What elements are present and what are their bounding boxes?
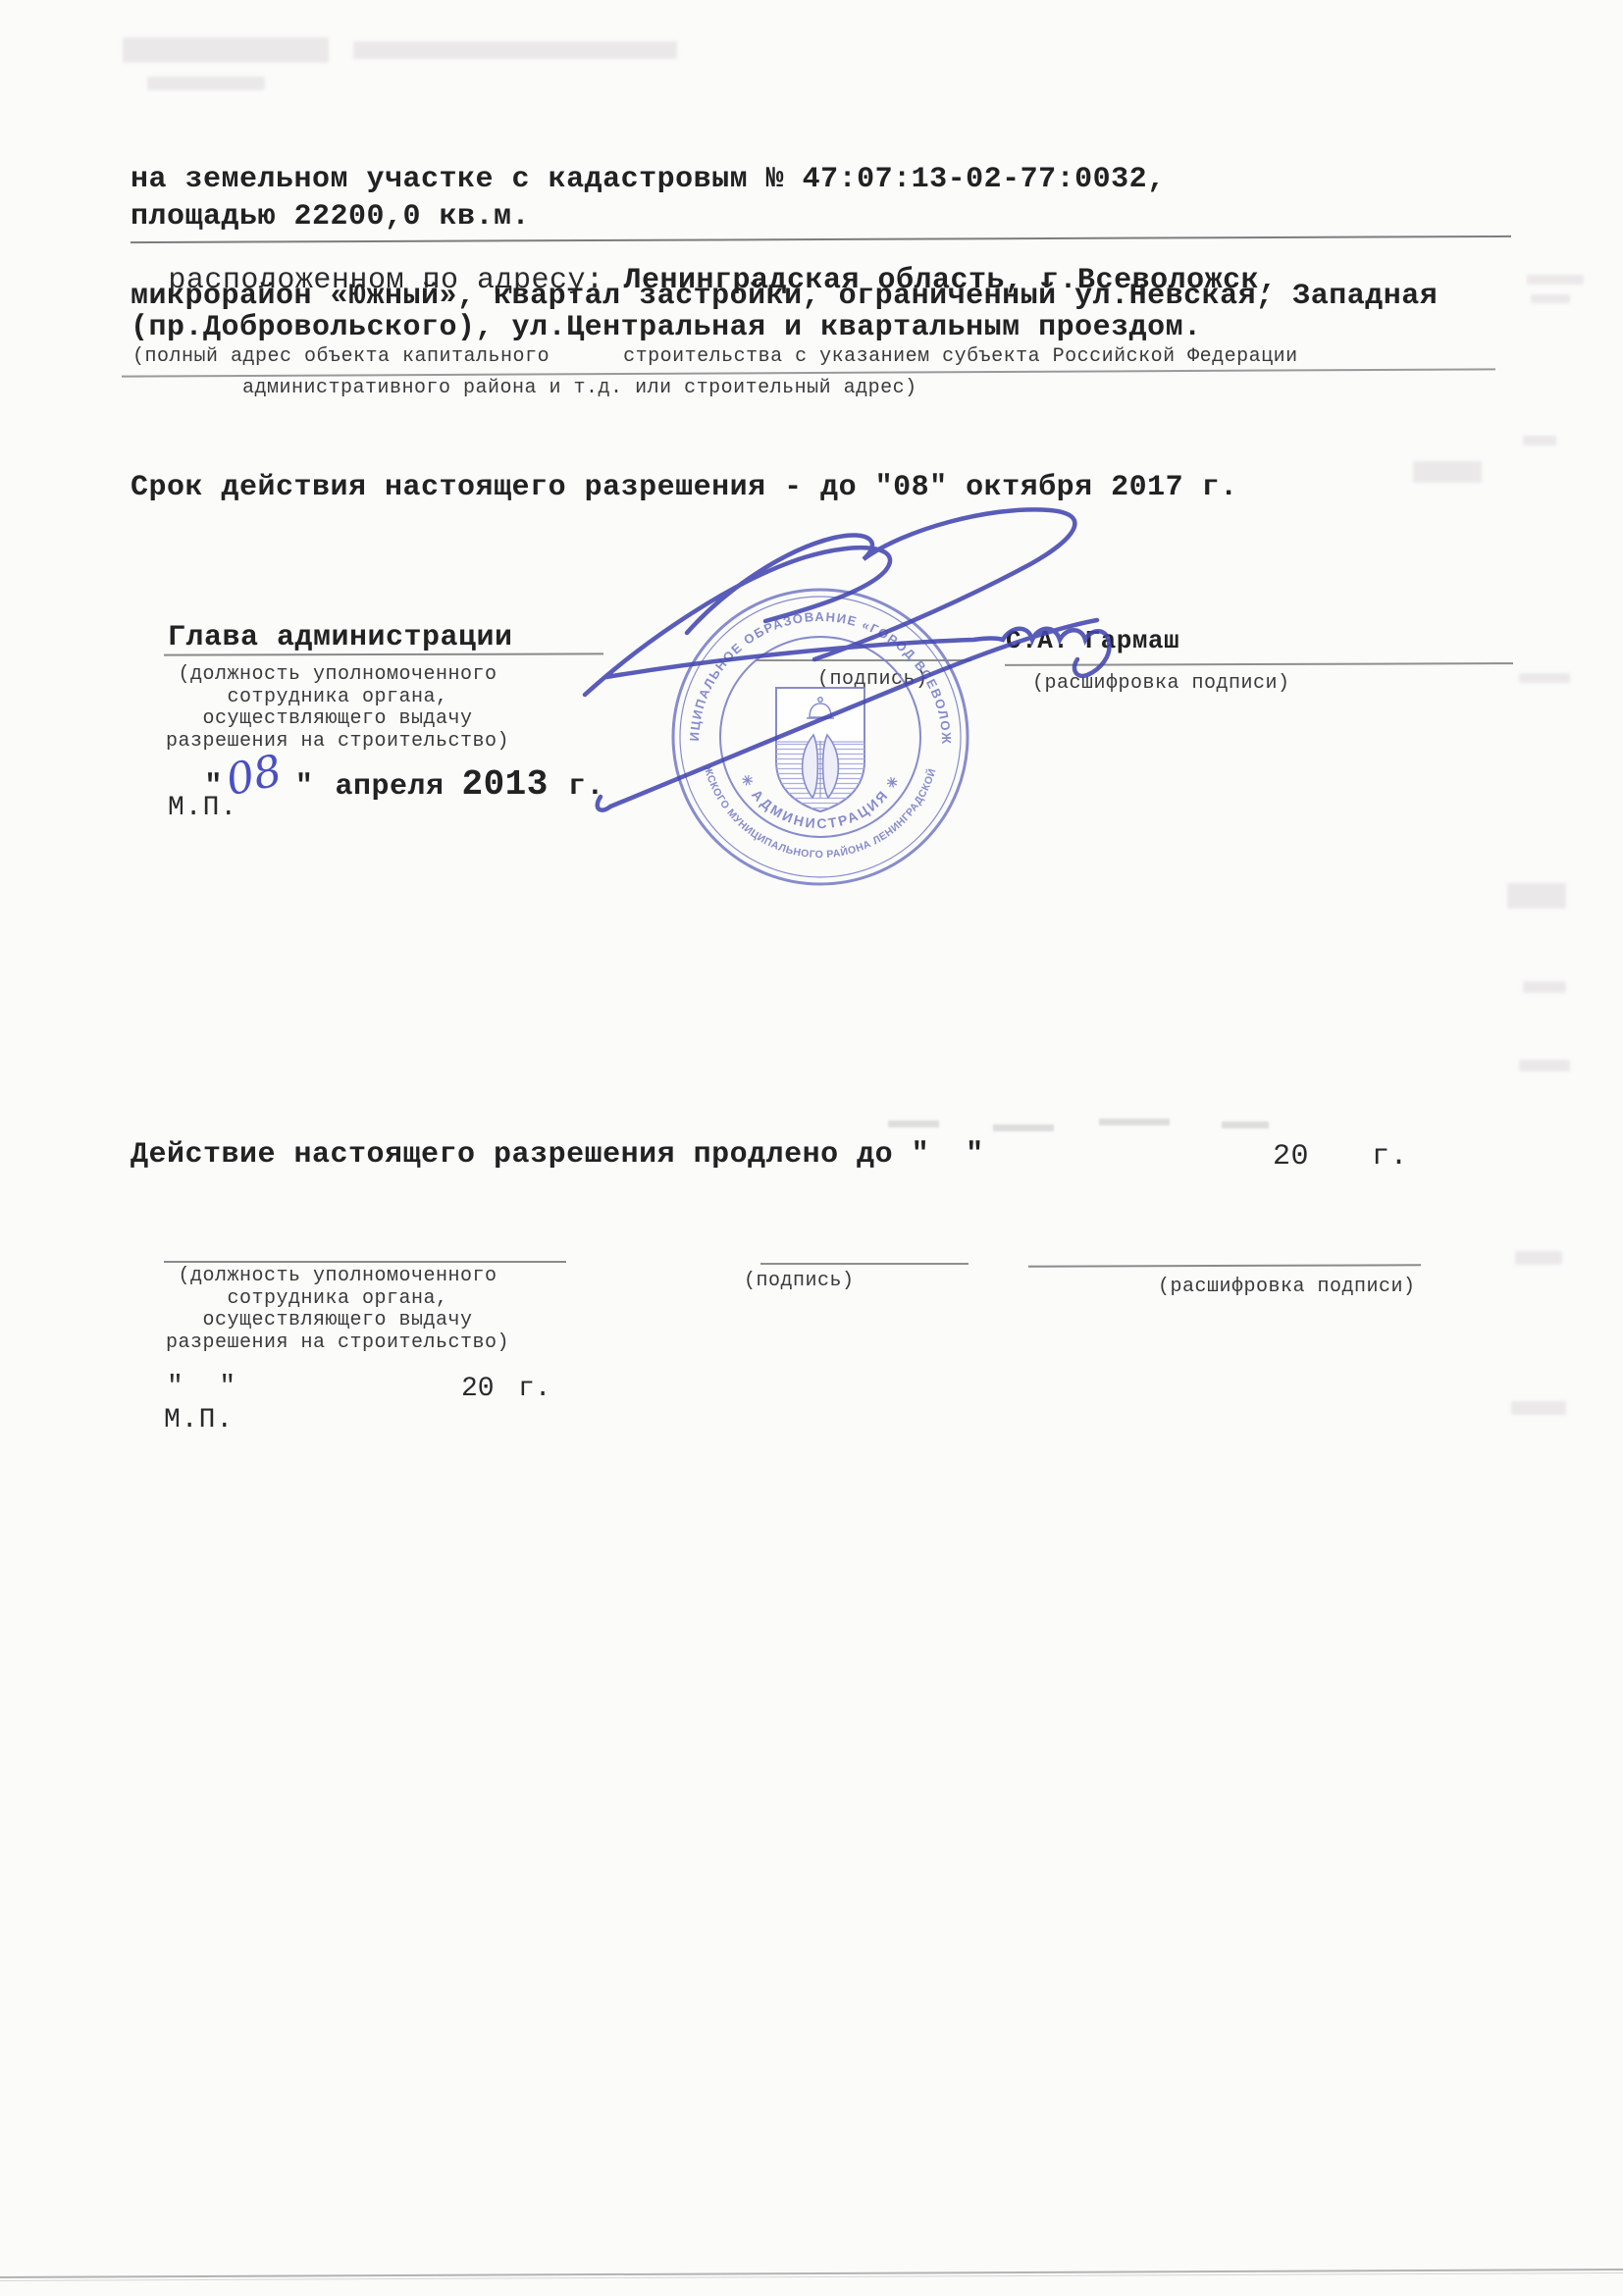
form-rule: [131, 235, 1511, 243]
bleed-through-mark: [1413, 461, 1482, 483]
bleed-through-mark: [1523, 436, 1556, 445]
sign-rule: [756, 659, 971, 661]
stamp-inner-text: ✳ АДМИНИСТРАЦИЯ ✳: [738, 771, 904, 831]
svg-text:✳ АДМИНИСТРАЦИЯ ✳: ✳ АДМИНИСТРАЦИЯ ✳: [738, 771, 904, 831]
scanned-permit-page: на земельном участке с кадастровым № 47:…: [0, 0, 1623, 2296]
position-caption-line: сотрудника органа,: [151, 1288, 524, 1311]
position-rule: [164, 652, 603, 655]
stamp-coat-of-arms: [771, 688, 869, 815]
extension-heading: Действие настоящего разрешения продлено …: [131, 1138, 984, 1172]
validity-line: Срок действия настоящего разрешения - до…: [131, 471, 1238, 504]
stamp-outer-top-text: МУНИЦИПАЛЬНОЕ ОБРАЗОВАНИЕ «ГОРОД ВСЕВОЛО…: [624, 541, 954, 745]
bleed-through-mark: [1515, 1251, 1562, 1265]
bleed-through-mark: [888, 1121, 939, 1127]
seal-place-mark: М.П.: [168, 793, 237, 823]
ext-sign-rule: [760, 1263, 969, 1265]
svg-text:ВСЕВОЛОЖСКОГО МУНИЦИПАЛЬНОГО Р: ВСЕВОЛОЖСКОГО МУНИЦИПАЛЬНОГО РАЙОНА ЛЕНИ…: [624, 541, 939, 861]
ext-date-year-suffix: г.: [518, 1374, 551, 1404]
bleed-through-mark: [1531, 294, 1570, 303]
bleed-through-mark: [1527, 275, 1584, 285]
position-title: Глава администрации: [168, 621, 513, 654]
position-caption-line: осуществляющего выдачу: [151, 1310, 524, 1332]
signatory-name: С.А. Гармаш: [1006, 626, 1179, 655]
ext-sign-caption: (подпись): [744, 1270, 855, 1292]
ext-position-rule: [164, 1261, 566, 1263]
name-rule: [1005, 662, 1513, 665]
extension-year-suffix: г.: [1372, 1140, 1408, 1174]
address-value-2: микрорайон «Южный», квартал застройки, о…: [131, 280, 1438, 313]
land-plot-line-2: площадью 22200,0 кв.м.: [131, 200, 530, 234]
position-caption-line: сотрудника органа,: [151, 687, 524, 709]
bleed-through-mark: [1222, 1122, 1269, 1128]
bleed-through-mark: [1507, 883, 1566, 909]
bleed-through-mark: [993, 1124, 1054, 1131]
bleed-through-mark: [1519, 673, 1570, 683]
bleed-through-mark: [1099, 1119, 1170, 1125]
position-caption-line: (должность уполномоченного: [151, 1266, 524, 1288]
ext-date-quotes: " ": [167, 1372, 236, 1402]
ext-position-caption-block: (должность уполномоченного сотрудника ор…: [151, 1266, 524, 1354]
ext-name-rule: [1028, 1264, 1421, 1267]
bleed-through-mark: [1523, 981, 1566, 993]
date-close-quote: ": [295, 770, 314, 804]
bleed-through-mark: [1511, 1401, 1566, 1415]
position-caption-block: (должность уполномоченного сотрудника ор…: [151, 664, 524, 753]
address-caption-1: (полный адрес объекта капитального строи…: [132, 345, 1298, 368]
bleed-through-mark: [147, 77, 265, 90]
date-month: апреля: [335, 770, 444, 804]
stamp-outer-bottom-text: ВСЕВОЛОЖСКОГО МУНИЦИПАЛЬНОГО РАЙОНА ЛЕНИ…: [624, 541, 939, 861]
ext-name-caption: (расшифровка подписи): [1158, 1276, 1416, 1298]
position-caption-line: разрешения на строительство): [151, 1332, 524, 1355]
position-caption-line: (должность уполномоченного: [151, 664, 524, 687]
position-caption-line: осуществляющего выдачу: [151, 708, 524, 731]
handwritten-day: 08: [224, 757, 284, 797]
extension-year-prefix: 20: [1273, 1140, 1309, 1174]
svg-text:МУНИЦИПАЛЬНОЕ ОБРАЗОВАНИЕ «ГОР: МУНИЦИПАЛЬНОЕ ОБРАЗОВАНИЕ «ГОРОД ВСЕВОЛО…: [624, 541, 954, 745]
ext-seal-place-mark: М.П.: [164, 1405, 234, 1435]
bleed-through-mark: [123, 37, 329, 63]
address-value-3: (пр.Добровольского), ул.Центральная и кв…: [131, 311, 1202, 344]
ext-date-year-prefix: 20: [461, 1374, 495, 1404]
sign-caption: (подпись): [817, 668, 928, 691]
date-year: 2013: [461, 764, 548, 805]
bleed-through-mark: [1519, 1060, 1570, 1071]
bleed-through-mark: [353, 41, 677, 59]
land-plot-line-1: на земельном участке с кадастровым № 47:…: [131, 163, 1166, 196]
address-caption-2: административного района и т.д. или стро…: [242, 377, 917, 399]
official-round-stamp: МУНИЦИПАЛЬНОЕ ОБРАЗОВАНИЕ «ГОРОД ВСЕВОЛО…: [624, 541, 1017, 933]
date-era: г.: [568, 770, 604, 804]
name-caption: (расшифровка подписи): [1032, 672, 1290, 695]
